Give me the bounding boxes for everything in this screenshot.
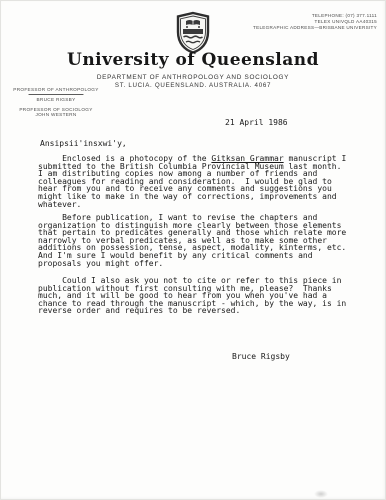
contact-block: TELEPHONE: (07) 377.1111 TELEX UNIVQLD A… <box>253 13 377 30</box>
paragraph-1: Enclosed is a photocopy of the Gitksan G… <box>38 155 368 208</box>
telegraphic-address-line: TELEGRAPHIC ADDRESS—BRISBANE UNIVERSITY <box>253 25 377 31</box>
letter-page: TELEPHONE: (07) 377.1111 TELEX UNIVQLD A… <box>0 0 386 500</box>
scan-artifact <box>314 490 328 498</box>
salutation: Ansipsii'insxwi'y, <box>40 140 127 148</box>
paragraph-2: Before publication, I want to revise the… <box>38 214 368 267</box>
signature-name: Bruce Rigsby <box>232 353 290 361</box>
paragraph-3: Could I also ask you not to cite or refe… <box>38 277 368 315</box>
department-name: DEPARTMENT OF ANTHROPOLOGY AND SOCIOLOGY <box>0 74 386 81</box>
university-crest-icon <box>173 11 213 51</box>
university-name: University of Queensland <box>0 50 386 70</box>
staff-block: PROFESSOR OF ANTHROPOLOGY ——————————— BR… <box>4 87 108 117</box>
letter-date: 21 April 1986 <box>225 119 288 127</box>
staff-name-western: JOHN WESTERN <box>4 112 108 117</box>
paragraph-1-after: manuscript I submitted to the British Co… <box>38 154 346 209</box>
